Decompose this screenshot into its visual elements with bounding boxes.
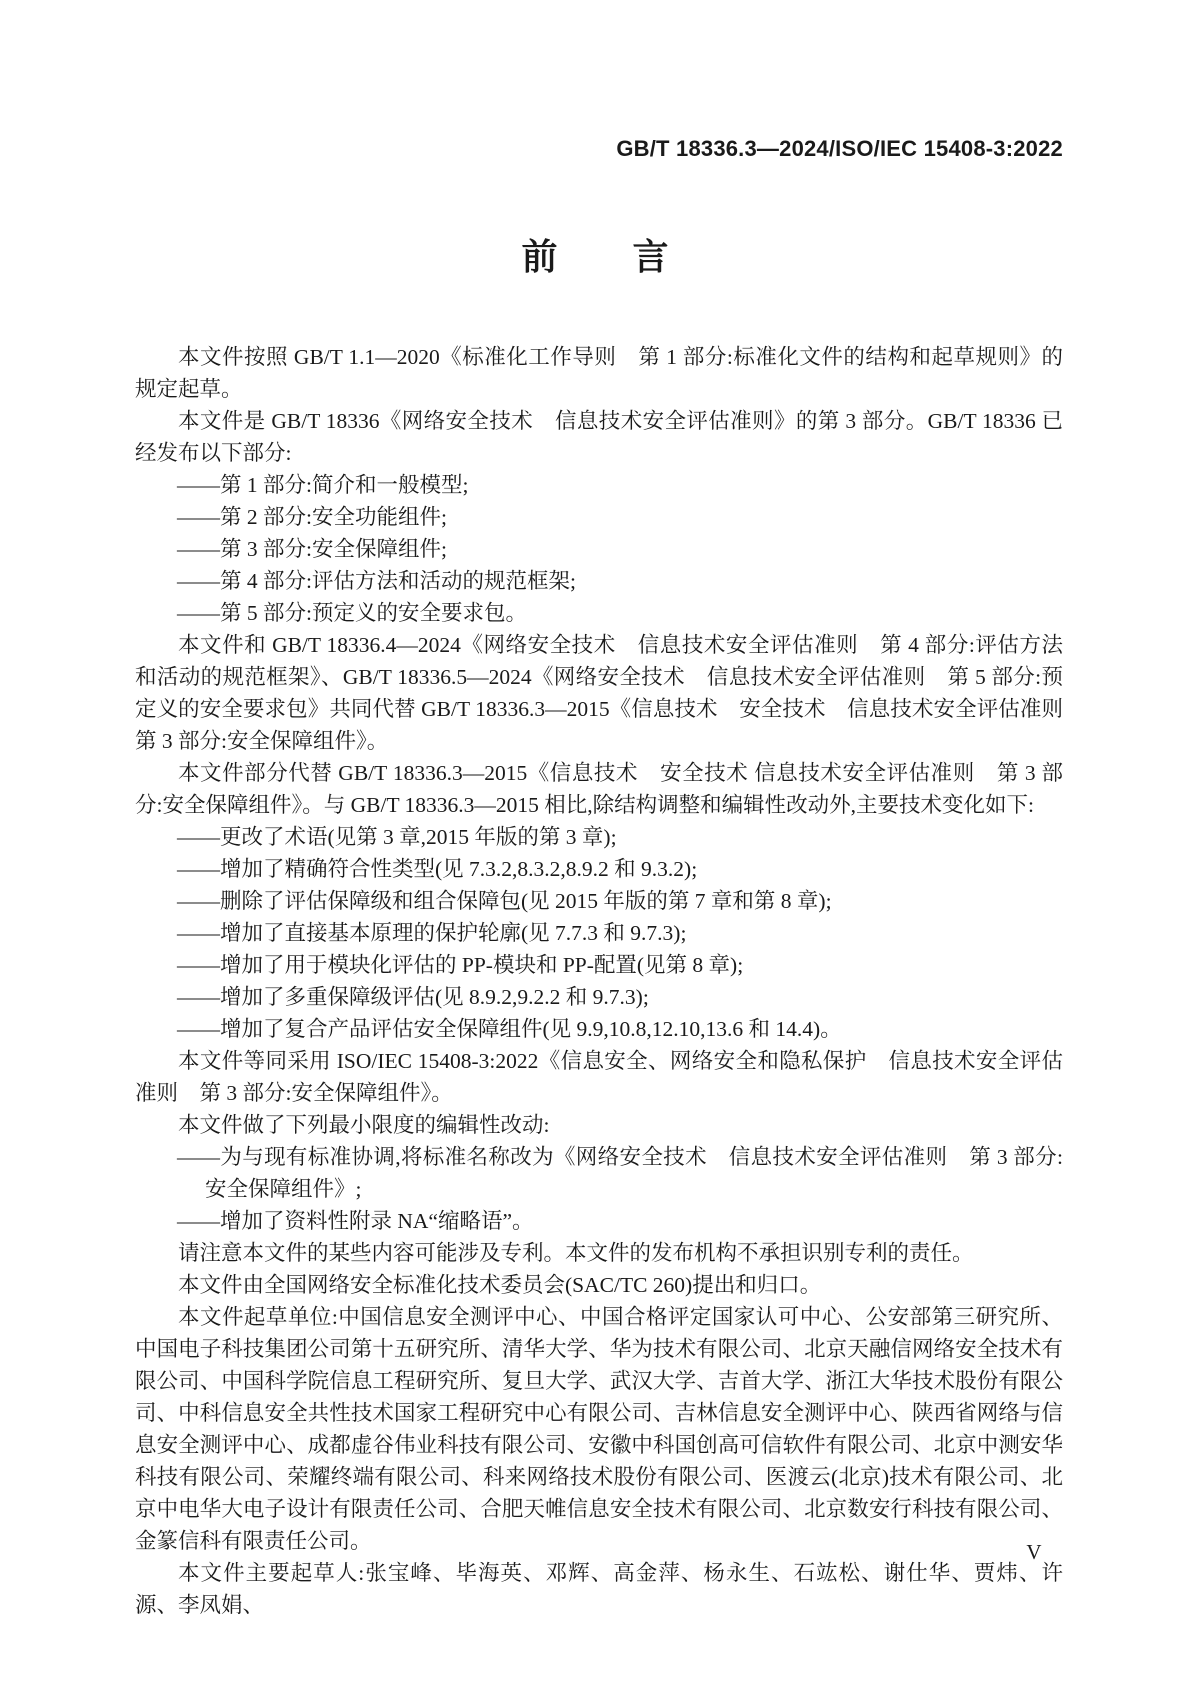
foreword-list-item: ——增加了资料性附录 NA“缩略语”。 — [135, 1205, 1063, 1237]
foreword-paragraph: 本文件由全国网络安全标准化技术委员会(SAC/TC 260)提出和归口。 — [135, 1269, 1063, 1301]
foreword-list-item: ——增加了直接基本原理的保护轮廓(见 7.7.3 和 9.7.3); — [135, 917, 1063, 949]
document-page: GB/T 18336.3—2024/ISO/IEC 15408-3:2022 前… — [0, 0, 1191, 1685]
foreword-list-item: ——增加了用于模块化评估的 PP-模块和 PP-配置(见第 8 章); — [135, 949, 1063, 981]
foreword-list-item: ——为与现有标准协调,将标准名称改为《网络安全技术 信息技术安全评估准则 第 3… — [135, 1141, 1063, 1205]
foreword-paragraph: 本文件等同采用 ISO/IEC 15408-3:2022《信息安全、网络安全和隐… — [135, 1045, 1063, 1109]
foreword-list-item: ——第 3 部分:安全保障组件; — [135, 533, 1063, 565]
foreword-paragraph: 本文件主要起草人:张宝峰、毕海英、邓辉、高金萍、杨永生、石竑松、谢仕华、贾炜、许… — [135, 1557, 1063, 1621]
foreword-list-item: ——增加了精确符合性类型(见 7.3.2,8.3.2,8.9.2 和 9.3.2… — [135, 853, 1063, 885]
standard-number-header: GB/T 18336.3—2024/ISO/IEC 15408-3:2022 — [135, 136, 1063, 162]
foreword-list-item: ——删除了评估保障级和组合保障包(见 2015 年版的第 7 章和第 8 章); — [135, 885, 1063, 917]
foreword-list-item: ——更改了术语(见第 3 章,2015 年版的第 3 章); — [135, 821, 1063, 853]
foreword-list-item: ——第 1 部分:简介和一般模型; — [135, 469, 1063, 501]
foreword-list-item: ——增加了多重保障级评估(见 8.9.2,9.2.2 和 9.7.3); — [135, 981, 1063, 1013]
foreword-list-item: ——第 5 部分:预定义的安全要求包。 — [135, 597, 1063, 629]
foreword-paragraph: 本文件部分代替 GB/T 18336.3—2015《信息技术 安全技术 信息技术… — [135, 757, 1063, 821]
foreword-title: 前 言 — [0, 236, 1191, 280]
foreword-paragraph: 请注意本文件的某些内容可能涉及专利。本文件的发布机构不承担识别专利的责任。 — [135, 1237, 1063, 1269]
foreword-paragraph: 本文件和 GB/T 18336.4—2024《网络安全技术 信息技术安全评估准则… — [135, 629, 1063, 757]
foreword-paragraph: 本文件按照 GB/T 1.1—2020《标准化工作导则 第 1 部分:标准化文件… — [135, 341, 1063, 405]
page-number: V — [1012, 1540, 1056, 1565]
foreword-list-item: ——第 4 部分:评估方法和活动的规范框架; — [135, 565, 1063, 597]
foreword-paragraph: 本文件起草单位:中国信息安全测评中心、中国合格评定国家认可中心、公安部第三研究所… — [135, 1301, 1063, 1557]
foreword-paragraph: 本文件做了下列最小限度的编辑性改动: — [135, 1109, 1063, 1141]
foreword-list-item: ——第 2 部分:安全功能组件; — [135, 501, 1063, 533]
foreword-list-item: ——增加了复合产品评估安全保障组件(见 9.9,10.8,12.10,13.6 … — [135, 1013, 1063, 1045]
foreword-body: 本文件按照 GB/T 1.1—2020《标准化工作导则 第 1 部分:标准化文件… — [135, 341, 1063, 1621]
foreword-paragraph: 本文件是 GB/T 18336《网络安全技术 信息技术安全评估准则》的第 3 部… — [135, 405, 1063, 469]
